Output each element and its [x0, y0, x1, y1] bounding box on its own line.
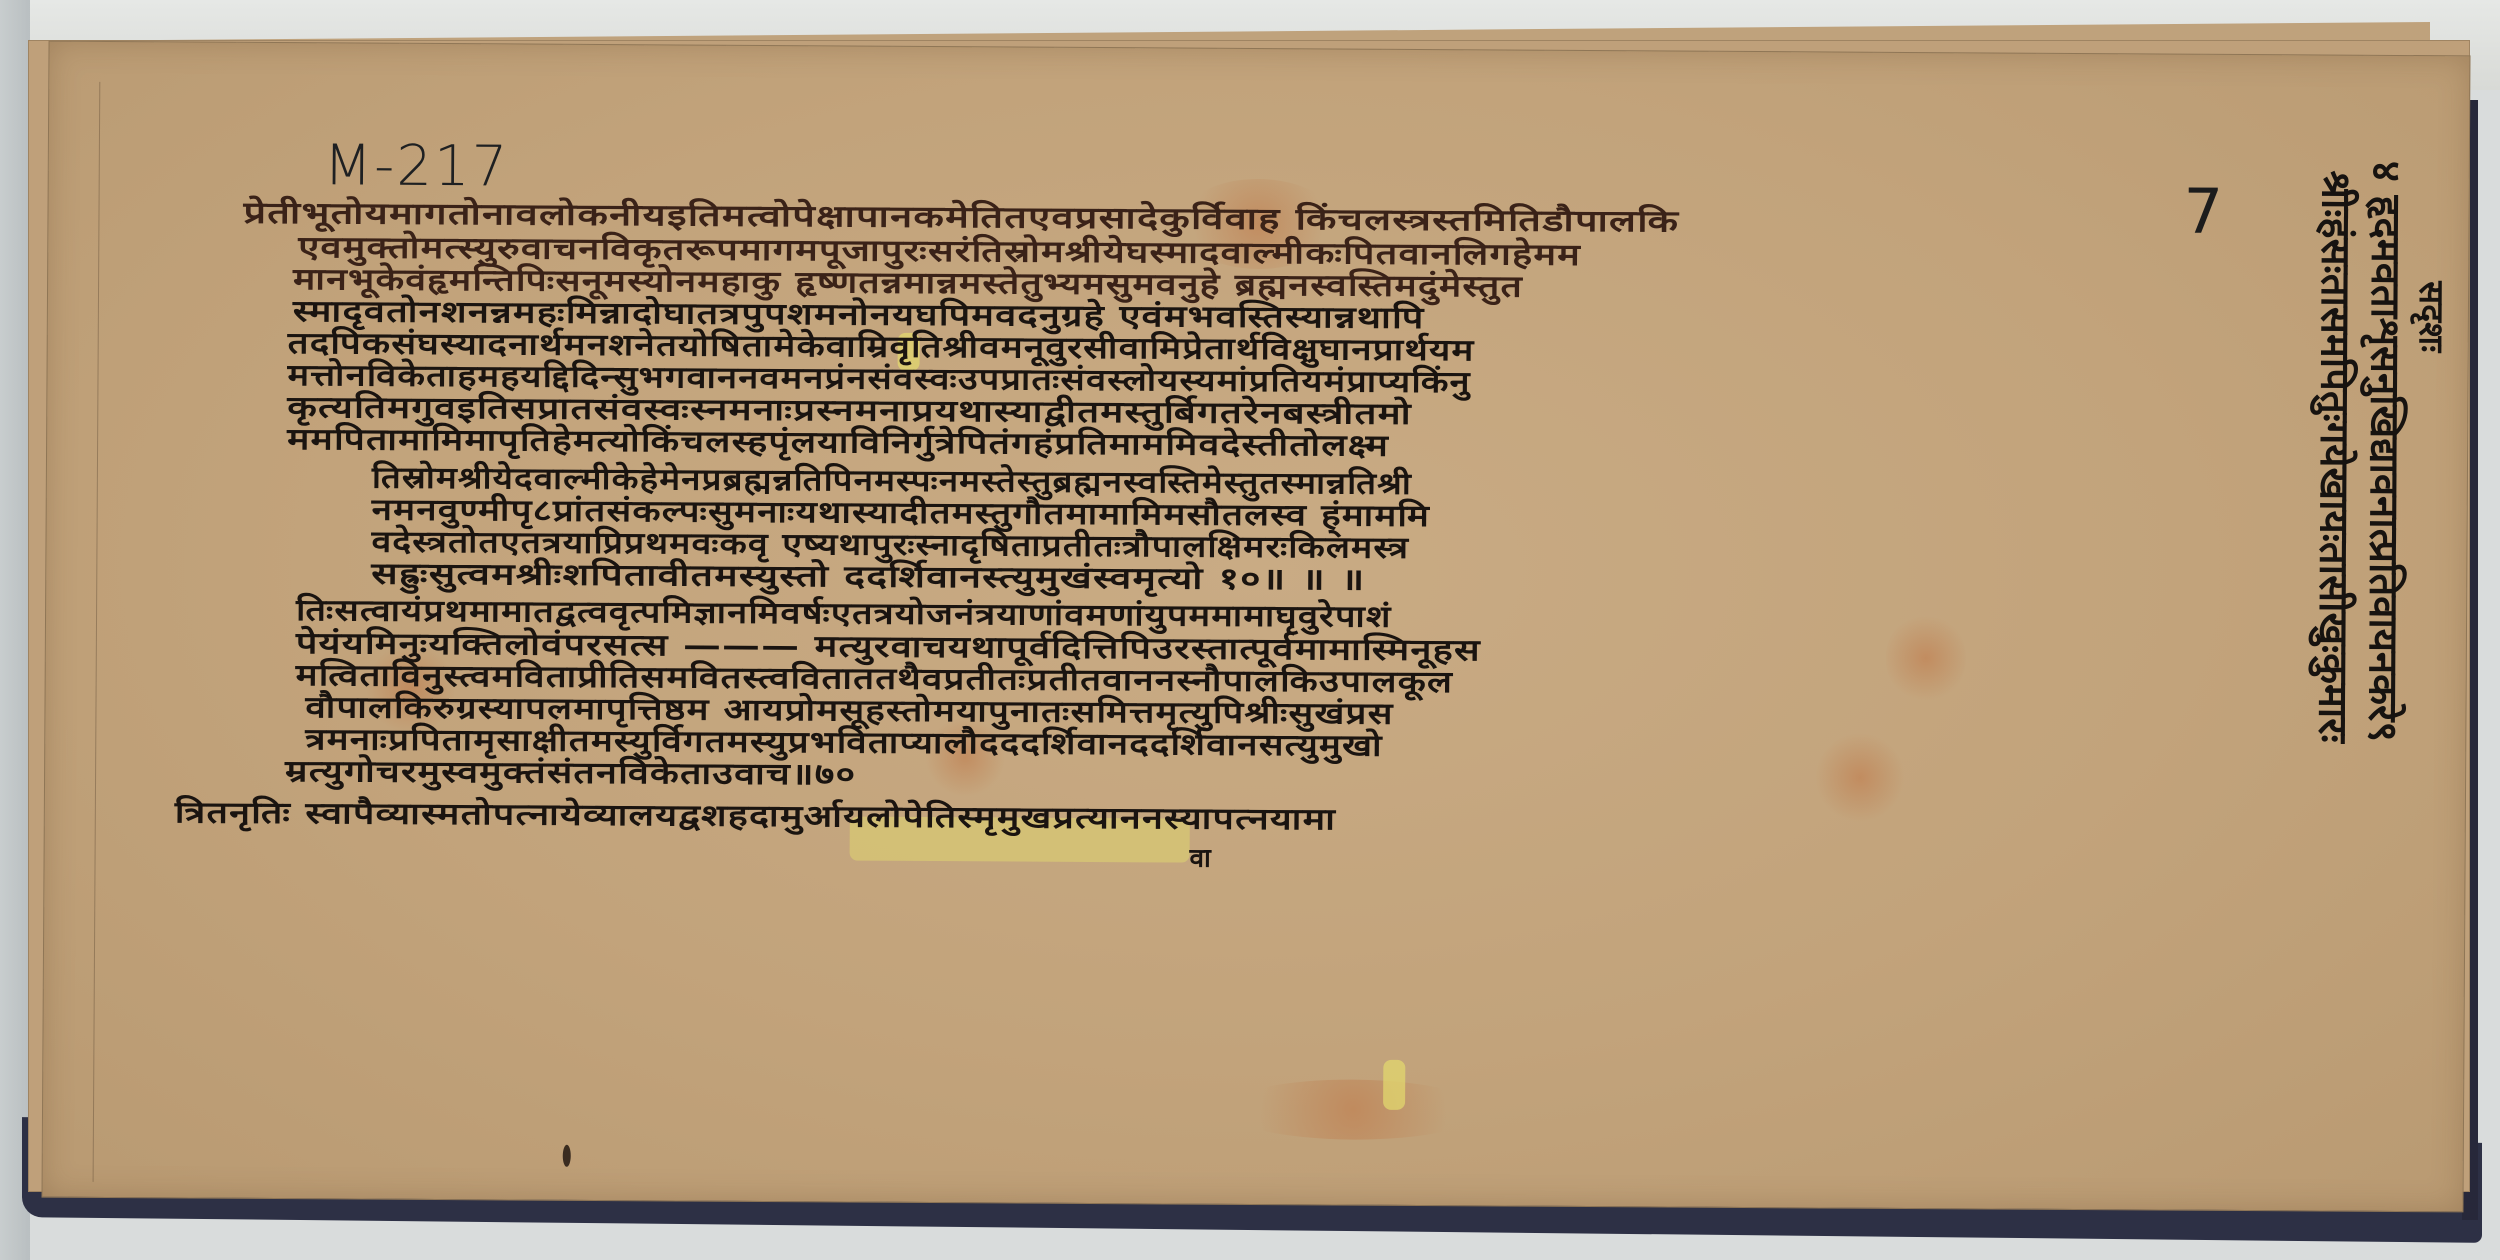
text-line: म्रत्युगोचरमुस्वमुक्तंसंतनविकेताउवाच॥७० — [285, 749, 856, 793]
scanner-background-left — [0, 0, 30, 1260]
margin-annotation: ४ हृदमवताशृसनुखिद्यावनात्प्रतिवायनकरे९ — [2355, 161, 2414, 761]
margin-annotation: सदृशः — [2407, 281, 2454, 481]
correction-patch — [1383, 1060, 1405, 1110]
ruled-margin-line — [93, 82, 101, 1182]
manuscript-folio: M-217 7 प्रेतीभूतोयमागतोनावलोकनीयइतिमत्व… — [41, 41, 2470, 1213]
ink-blot — [563, 1145, 571, 1167]
interlinear-correction: वा — [1189, 839, 1211, 875]
stain — [1223, 1079, 1483, 1141]
stain — [1886, 613, 1967, 703]
stain — [1815, 732, 1906, 823]
shelfmark-label: M-217 — [324, 133, 510, 199]
colophon-line: त्रितनृतिः स्वापैव्यास्मतोपत्नायेव्यालयद… — [175, 790, 1336, 838]
margin-annotation: श्रीःहंसःतासमपितुःगयेखायःतासीखुःकुमारः — [2303, 170, 2364, 1170]
folio-number: 7 — [2183, 175, 2223, 248]
